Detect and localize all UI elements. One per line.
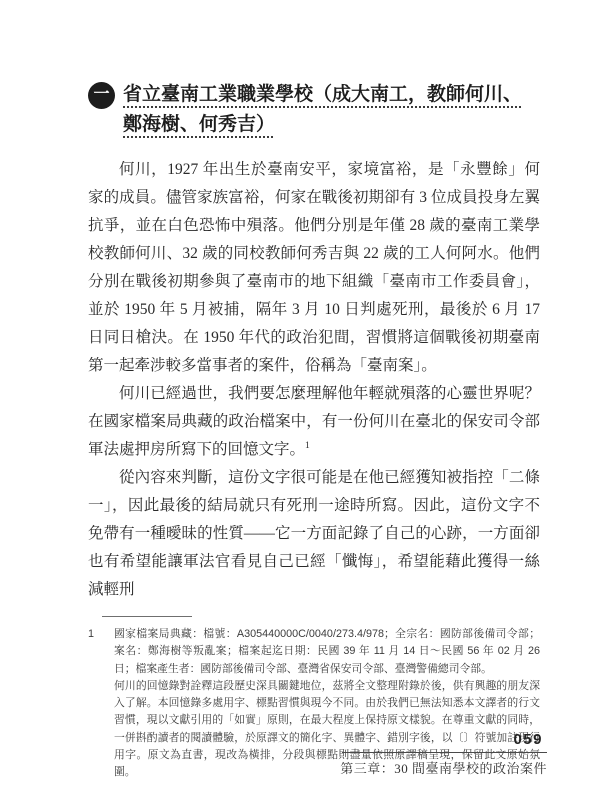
chapter-footer: 第三章：30 間臺南學校的政治案件 [340, 758, 547, 777]
paragraph: 何川已經過世，我們要怎麼理解他年輕就殞落的心靈世界呢？在國家檔案局典藏的政治檔案… [88, 380, 540, 464]
book-page: 一 省立臺南工業職業學校（成大南工，教師何川、鄭海樹、何秀吉） 何川，1927 … [0, 0, 591, 800]
body-text: 何川，1927 年出生於臺南安平，家境富裕，是「永豐餘」何家的成員。儘管家族富裕… [88, 156, 540, 604]
footnote-marker: 1 [88, 626, 114, 782]
paragraph-text: 何川已經過世，我們要怎麼理解他年輕就殞落的心靈世界呢？在國家檔案局典藏的政治檔案… [88, 385, 540, 458]
paragraph: 從內容來判斷，這份文字很可能是在他已經獲知被指控「二條一」，因此最後的結局就只有… [88, 464, 540, 604]
section-title: 省立臺南工業職業學校（成大南工，教師何川、鄭海樹、何秀吉） [123, 80, 540, 140]
page-footer: 059 第三章：30 間臺南學校的政治案件 [340, 731, 547, 777]
paragraph: 何川，1927 年出生於臺南安平，家境富裕，是「永豐餘」何家的成員。儘管家族富裕… [88, 156, 540, 380]
page-number: 059 [340, 731, 547, 748]
section-title-text: 省立臺南工業職業學校（成大南工，教師何川、鄭海樹、何秀吉） [123, 84, 522, 135]
footnote-separator [102, 616, 192, 617]
page-content: 一 省立臺南工業職業學校（成大南工，教師何川、鄭海樹、何秀吉） 何川，1927 … [88, 80, 540, 782]
footer-rule [342, 752, 547, 753]
section-heading: 一 省立臺南工業職業學校（成大南工，教師何川、鄭海樹、何秀吉） [88, 80, 540, 140]
footnote-paragraph: 國家檔案局典藏：檔號：A305440000C/0040/273.4/978；全宗… [114, 626, 540, 678]
footnote-reference: 1 [305, 441, 310, 451]
section-number-badge: 一 [88, 82, 115, 109]
